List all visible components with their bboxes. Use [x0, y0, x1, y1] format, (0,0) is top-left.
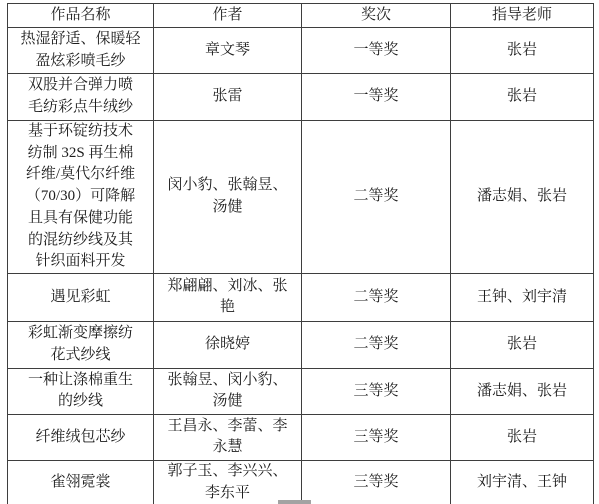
work-name-cell[interactable]: 雀翎霓裳: [8, 460, 154, 504]
award-cell[interactable]: 三等奖: [302, 368, 451, 414]
advisors-cell[interactable]: 张岩: [451, 74, 594, 121]
horizontal-scrollbar-thumb[interactable]: [278, 500, 311, 504]
table-row: 一种让涤棉重生 的纱线 张翰昱、闵小豹、 汤健 三等奖 潘志娟、张岩: [8, 368, 594, 414]
award-cell[interactable]: 一等奖: [302, 28, 451, 74]
work-name-cell[interactable]: 遇见彩虹: [8, 273, 154, 321]
award-cell[interactable]: 三等奖: [302, 460, 451, 504]
table-row: 基于环锭纺技术 纺制 32S 再生棉 纤维/莫代尔纤维 （70/30）可降解 且…: [8, 121, 594, 274]
work-name-cell[interactable]: 热湿舒适、保暖轻 盈炫彩喷毛纱: [8, 28, 154, 74]
header-work-name[interactable]: 作品名称: [8, 4, 154, 28]
authors-cell[interactable]: 闵小豹、张翰昱、 汤健: [154, 121, 302, 274]
header-advisors[interactable]: 指导老师: [451, 4, 594, 28]
award-cell[interactable]: 二等奖: [302, 121, 451, 274]
header-authors[interactable]: 作者: [154, 4, 302, 28]
advisors-cell[interactable]: 张岩: [451, 321, 594, 368]
table-row: 双股并合弹力喷 毛纺彩点牛绒纱 张雷 一等奖 张岩: [8, 74, 594, 121]
authors-cell[interactable]: 王昌永、李蕾、李 永慧: [154, 414, 302, 460]
authors-cell[interactable]: 郑翩翩、刘冰、张 艳: [154, 273, 302, 321]
work-name-cell[interactable]: 一种让涤棉重生 的纱线: [8, 368, 154, 414]
document-page: 作品名称 作者 奖次 指导老师 热湿舒适、保暖轻 盈炫彩喷毛纱 章文琴 一等奖 …: [0, 0, 599, 504]
table-header-row: 作品名称 作者 奖次 指导老师: [8, 4, 594, 28]
advisors-cell[interactable]: 潘志娟、张岩: [451, 368, 594, 414]
work-name-cell[interactable]: 基于环锭纺技术 纺制 32S 再生棉 纤维/莫代尔纤维 （70/30）可降解 且…: [8, 121, 154, 274]
authors-cell[interactable]: 章文琴: [154, 28, 302, 74]
authors-cell[interactable]: 张翰昱、闵小豹、 汤健: [154, 368, 302, 414]
award-cell[interactable]: 二等奖: [302, 273, 451, 321]
table-row: 彩虹渐变摩擦纺 花式纱线 徐晓婷 二等奖 张岩: [8, 321, 594, 368]
work-name-cell[interactable]: 彩虹渐变摩擦纺 花式纱线: [8, 321, 154, 368]
advisors-cell[interactable]: 刘宇清、王钟: [451, 460, 594, 504]
work-name-cell[interactable]: 纤维绒包芯纱: [8, 414, 154, 460]
award-table: 作品名称 作者 奖次 指导老师 热湿舒适、保暖轻 盈炫彩喷毛纱 章文琴 一等奖 …: [7, 3, 594, 504]
award-cell[interactable]: 三等奖: [302, 414, 451, 460]
table-row: 遇见彩虹 郑翩翩、刘冰、张 艳 二等奖 王钟、刘宇清: [8, 273, 594, 321]
work-name-cell[interactable]: 双股并合弹力喷 毛纺彩点牛绒纱: [8, 74, 154, 121]
header-award[interactable]: 奖次: [302, 4, 451, 28]
advisors-cell[interactable]: 张岩: [451, 414, 594, 460]
advisors-cell[interactable]: 张岩: [451, 28, 594, 74]
table-row: 雀翎霓裳 郭子玉、李兴兴、 李东平 三等奖 刘宇清、王钟: [8, 460, 594, 504]
authors-cell[interactable]: 张雷: [154, 74, 302, 121]
award-cell[interactable]: 一等奖: [302, 74, 451, 121]
advisors-cell[interactable]: 王钟、刘宇清: [451, 273, 594, 321]
table-row: 热湿舒适、保暖轻 盈炫彩喷毛纱 章文琴 一等奖 张岩: [8, 28, 594, 74]
authors-cell[interactable]: 郭子玉、李兴兴、 李东平: [154, 460, 302, 504]
table-row: 纤维绒包芯纱 王昌永、李蕾、李 永慧 三等奖 张岩: [8, 414, 594, 460]
advisors-cell[interactable]: 潘志娟、张岩: [451, 121, 594, 274]
award-cell[interactable]: 二等奖: [302, 321, 451, 368]
authors-cell[interactable]: 徐晓婷: [154, 321, 302, 368]
